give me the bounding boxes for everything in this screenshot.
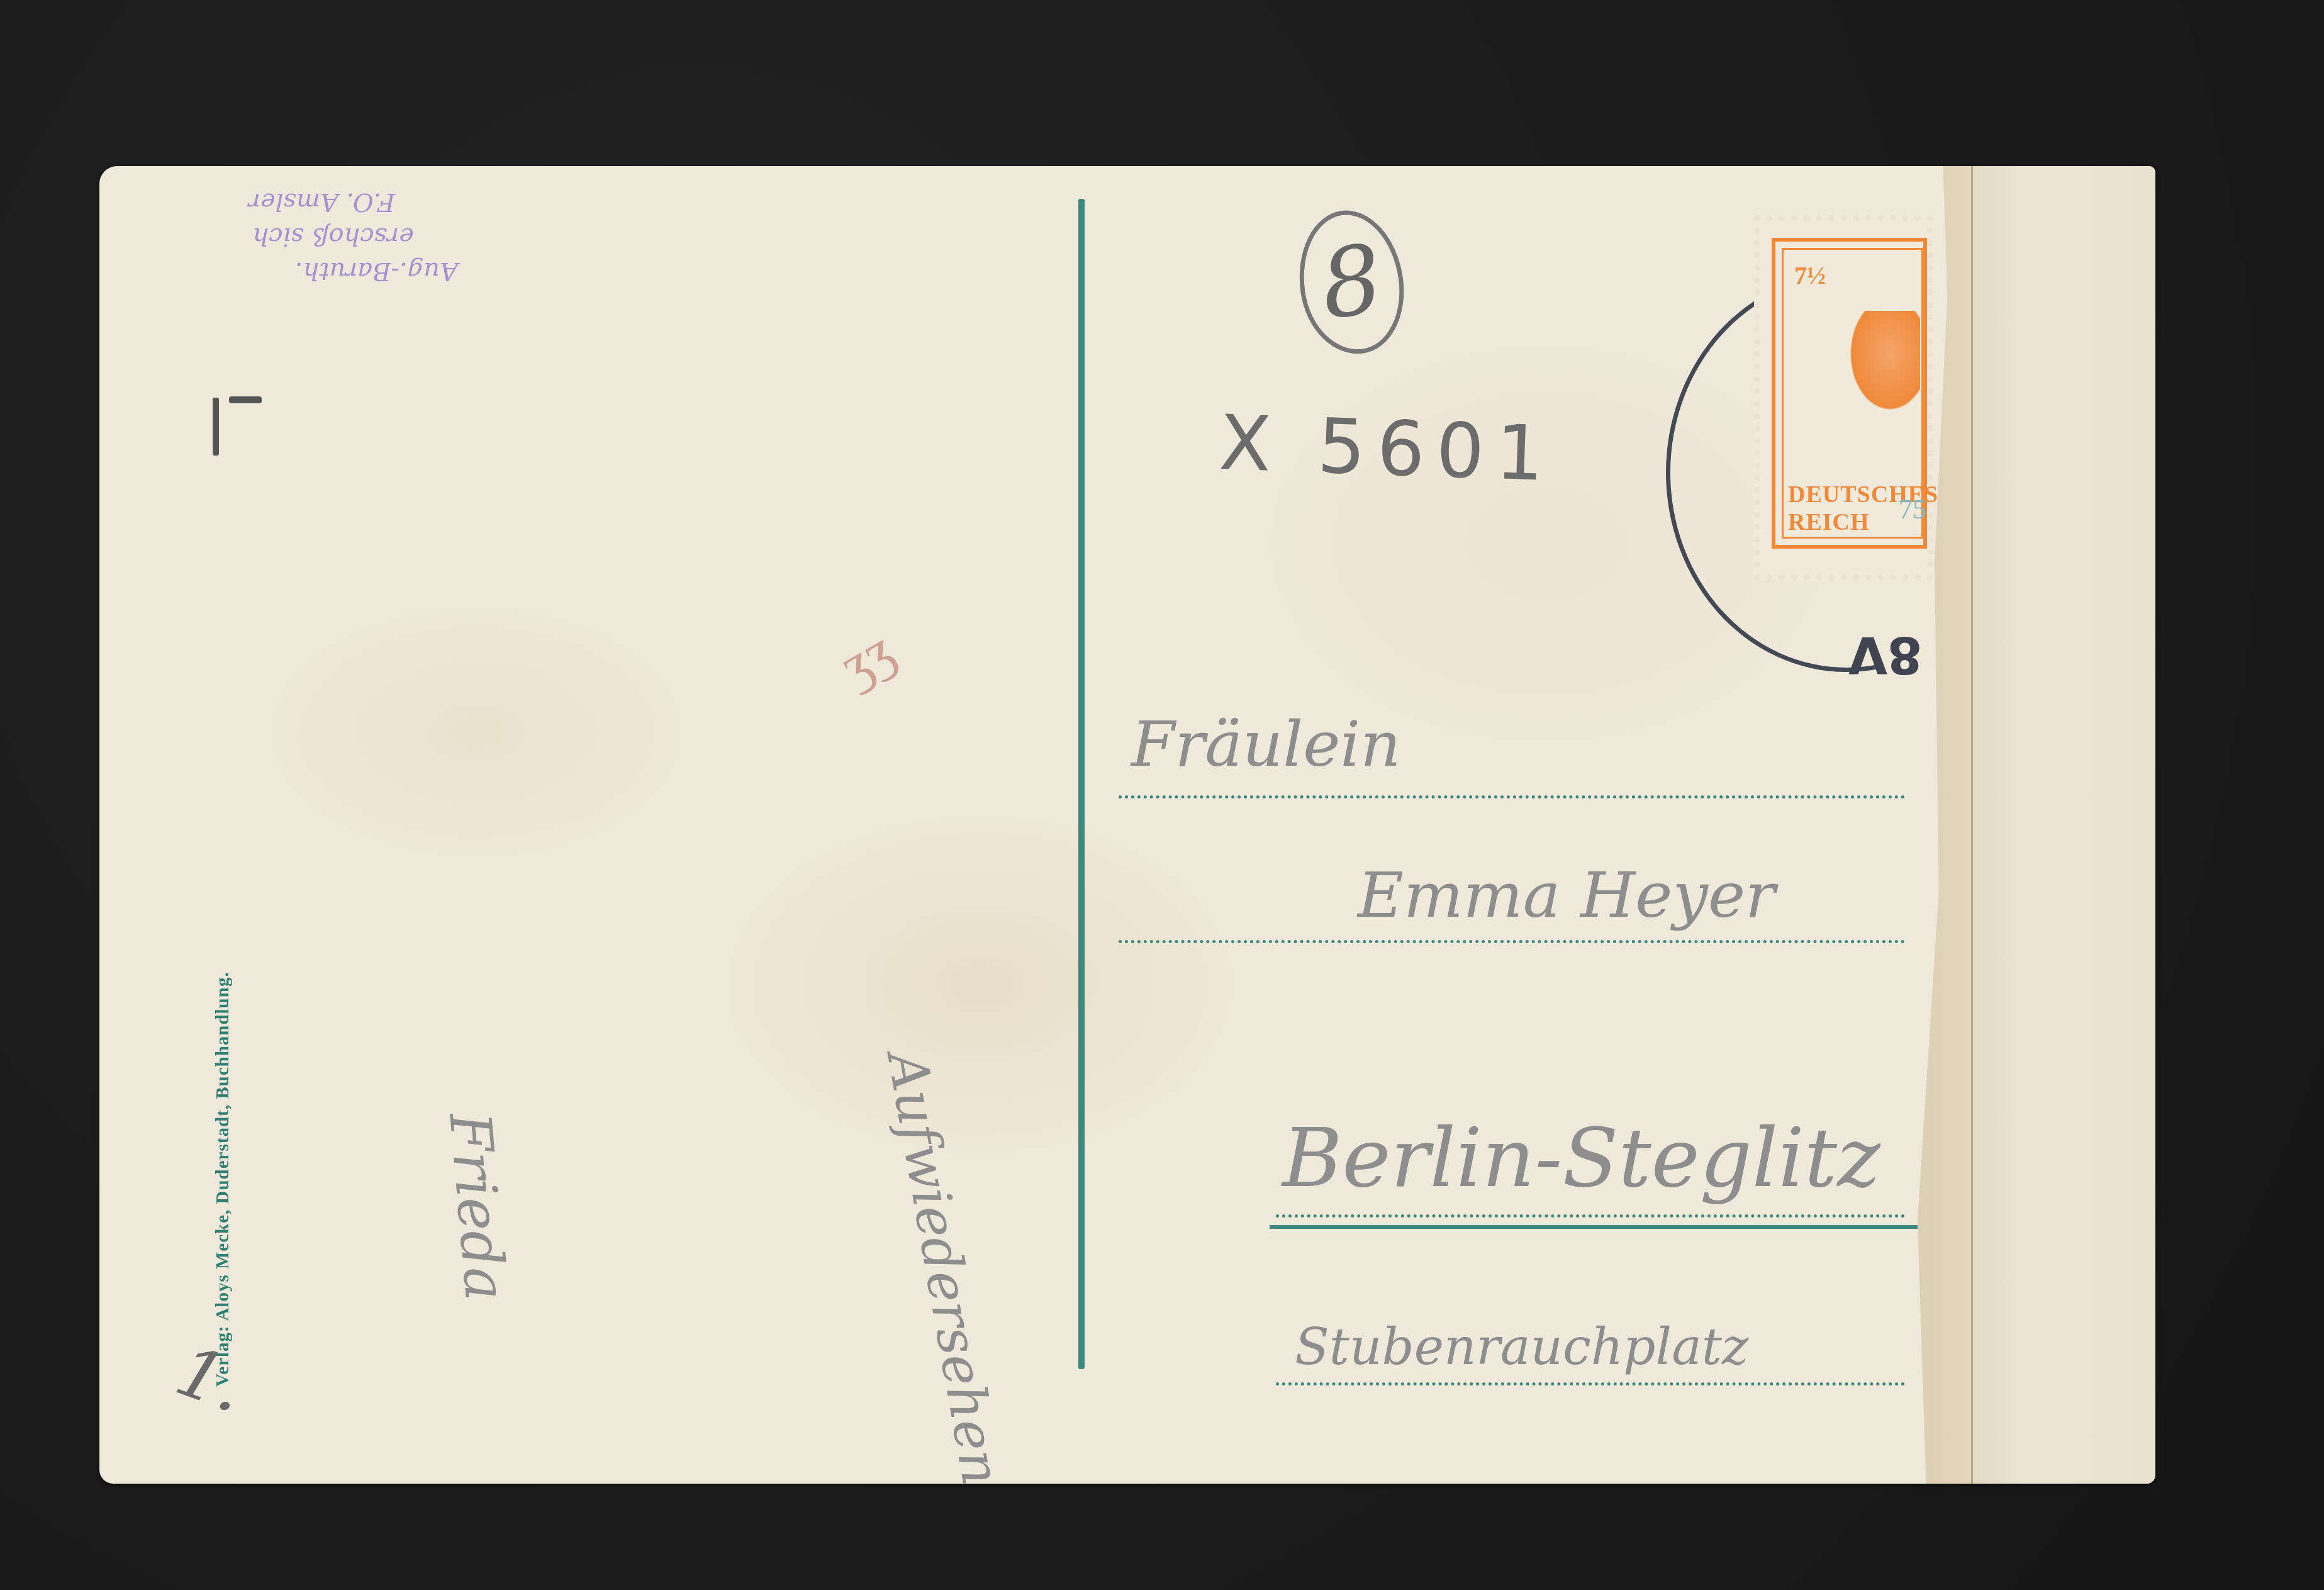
address-rule-4 [1276,1382,1905,1386]
center-divider-line [1078,199,1085,1369]
postmark-text: 8V [1848,625,1923,684]
address-rule-1 [1119,795,1905,798]
red-stain: ʒʒ [829,617,905,698]
address-line-2: Emma Heyer [1358,858,1775,932]
postcard-back: Verlag: Aloys Mecke, Duderstadt, Buchhan… [99,166,2155,1484]
publisher-imprint: Verlag: Aloys Mecke, Duderstadt, Buchhan… [213,971,233,1387]
folded-flap [1971,166,2155,1484]
address-line-1: Fräulein [1131,707,1401,781]
corner-pencil-mark [213,398,219,456]
stamp-side-number: 75 [1899,493,1926,525]
archive-number: X 5601 [1218,400,1556,499]
violet-note-line-2: erschoß sich [253,222,414,251]
address-rule-3 [1276,1214,1905,1218]
stamp-value: 7½ [1794,260,1826,290]
address-line-3: Berlin-Steglitz [1282,1110,1880,1206]
address-line-4: Stubenrauchplatz [1295,1318,1748,1376]
violet-note-line-3: F.O. Amsler [249,188,395,216]
message-number: 1. [166,1330,255,1428]
circled-number: 8 [1290,204,1412,361]
address-rule-2 [1119,940,1905,943]
postage-stamp: 7½ DEUTSCHES REICH [1754,215,1933,580]
violet-note-line-1: Aug.-Baruth. [295,257,458,286]
germania-portrait-icon [1845,311,1920,418]
address-city-underline [1270,1225,1918,1229]
message-signature: Frieda [436,1110,518,1303]
message-fragment: Aufwiedersehen [875,1047,1013,1484]
